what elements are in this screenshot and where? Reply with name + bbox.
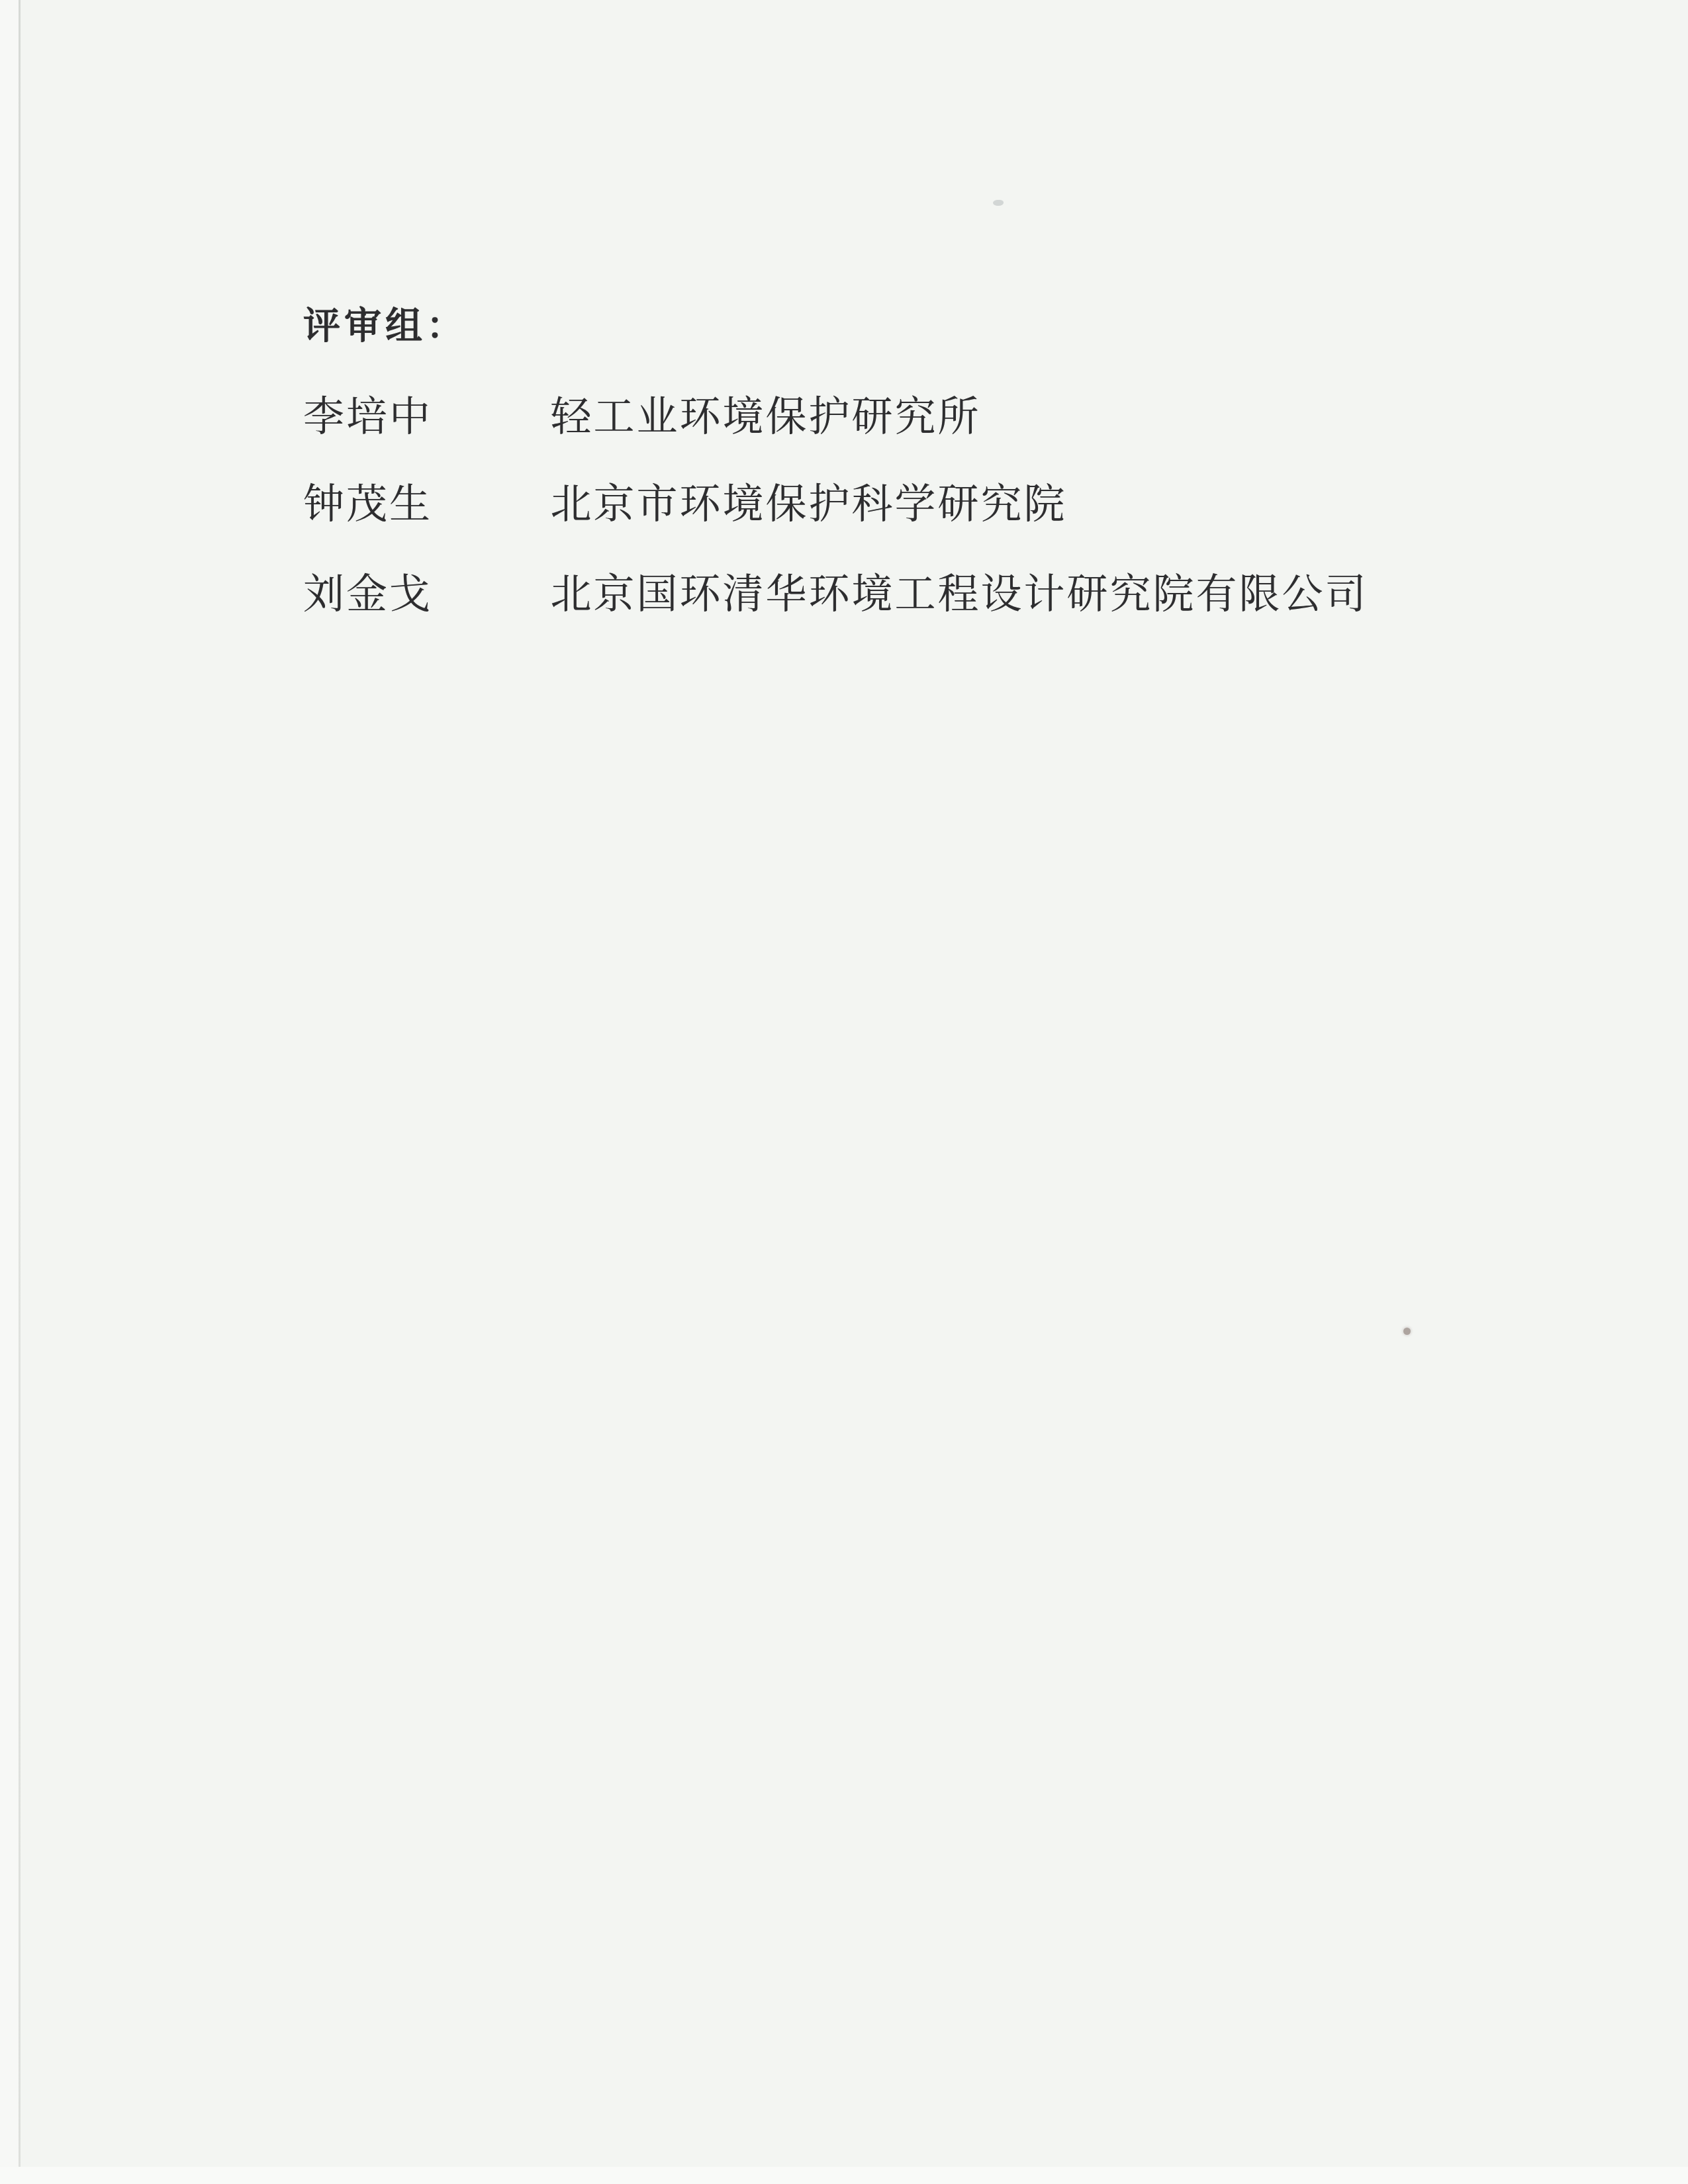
scan-speck <box>1403 1328 1411 1335</box>
member-name: 钟茂生 <box>303 471 538 530</box>
document-page: 评审组： 李培中 轻工业环境保护研究所 钟茂生 北京市环境保护科学研究院 刘金戈… <box>0 0 1688 2184</box>
member-row: 刘金戈 北京国环清华环境工程设计研究院有限公司 <box>303 561 1368 620</box>
member-organization: 北京市环境保护科学研究院 <box>551 471 1067 530</box>
scan-left-strip <box>0 0 19 2184</box>
scan-edge-line <box>19 0 21 2184</box>
review-group-heading: 评审组： <box>303 296 467 349</box>
member-organization: 轻工业环境保护研究所 <box>551 384 981 443</box>
member-organization: 北京国环清华环境工程设计研究院有限公司 <box>551 561 1368 620</box>
member-name: 刘金戈 <box>303 561 538 620</box>
member-row: 李培中 轻工业环境保护研究所 <box>303 384 981 443</box>
scan-bottom-strip <box>0 2167 1688 2184</box>
scan-speck <box>993 200 1004 206</box>
member-row: 钟茂生 北京市环境保护科学研究院 <box>303 471 1067 530</box>
member-name: 李培中 <box>303 384 538 443</box>
